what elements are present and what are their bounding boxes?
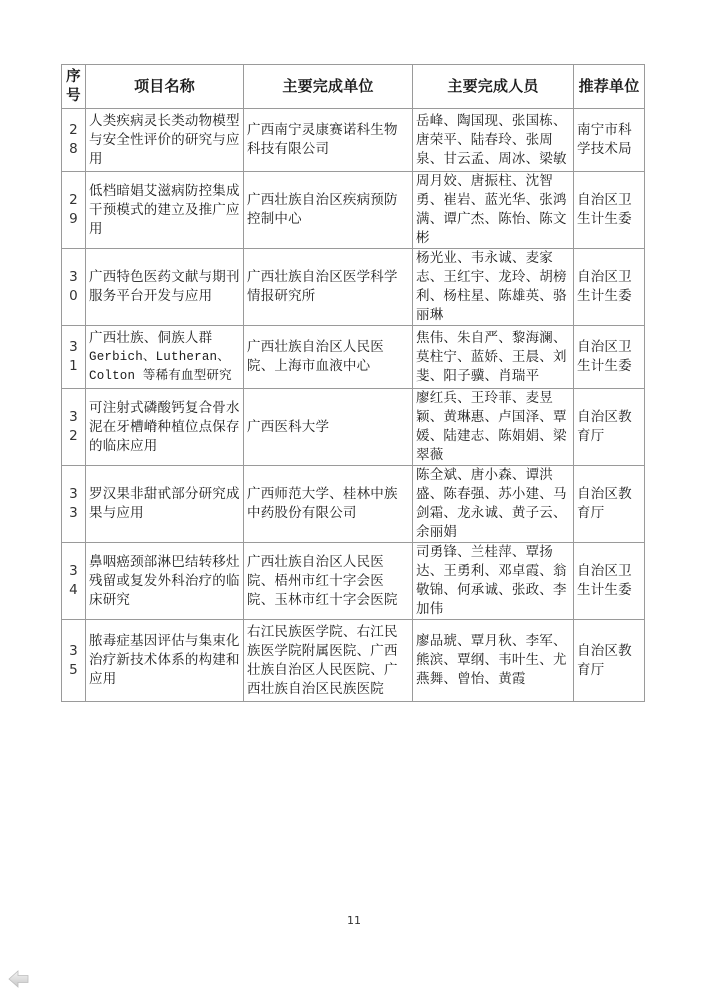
table-header-row: 序号 项目名称 主要完成单位 主要完成人员 推荐单位 bbox=[62, 65, 645, 109]
table-row: 34 鼻咽癌颈部淋巴结转移灶残留或复发外科治疗的临床研究 广西壮族自治区人民医院… bbox=[62, 543, 645, 620]
header-seq: 序号 bbox=[62, 65, 86, 109]
cell-seq: 35 bbox=[62, 620, 86, 702]
cell-people: 陈全斌、唐小森、谭洪盛、陈春强、苏小建、马剑霜、龙永诚、黄子云、余丽娟 bbox=[413, 466, 574, 543]
cell-recommender: 南宁市科学技术局 bbox=[574, 109, 645, 172]
cell-unit: 广西壮族自治区医学科学情报研究所 bbox=[244, 249, 413, 326]
table-row: 29 低档暗娼艾滋病防控集成干预模式的建立及推广应用 广西壮族自治区疾病预防控制… bbox=[62, 172, 645, 249]
project-line: Colton 等稀有血型研究 bbox=[89, 367, 240, 386]
header-people: 主要完成人员 bbox=[413, 65, 574, 109]
cell-unit: 广西医科大学 bbox=[244, 389, 413, 466]
awards-table: 序号 项目名称 主要完成单位 主要完成人员 推荐单位 28 人类疾病灵长类动物模… bbox=[61, 64, 645, 702]
cell-seq: 28 bbox=[62, 109, 86, 172]
cell-people: 杨光业、韦永诚、麦家志、王红宇、龙玲、胡榜利、杨柱星、陈雄英、骆丽琳 bbox=[413, 249, 574, 326]
table-row: 32 可注射式磷酸钙复合骨水泥在牙槽嵴种植位点保存的临床应用 广西医科大学 廖红… bbox=[62, 389, 645, 466]
cell-unit: 广西师范大学、桂林中族中药股份有限公司 bbox=[244, 466, 413, 543]
table-row: 30 广西特色医药文献与期刊服务平台开发与应用 广西壮族自治区医学科学情报研究所… bbox=[62, 249, 645, 326]
cell-recommender: 自治区卫生计生委 bbox=[574, 249, 645, 326]
cell-project: 罗汉果非甜甙部分研究成果与应用 bbox=[86, 466, 244, 543]
cell-seq: 33 bbox=[62, 466, 86, 543]
cell-project: 低档暗娼艾滋病防控集成干预模式的建立及推广应用 bbox=[86, 172, 244, 249]
cell-people: 焦伟、朱自严、黎海澜、莫柱宁、蓝娇、王晨、刘斐、阳子骥、肖瑞平 bbox=[413, 326, 574, 389]
cell-seq: 34 bbox=[62, 543, 86, 620]
table-row: 35 脓毒症基因评估与集束化治疗新技术体系的构建和应用 右江民族医学院、右江民族… bbox=[62, 620, 645, 702]
cell-recommender: 自治区教育厅 bbox=[574, 466, 645, 543]
cell-recommender: 自治区教育厅 bbox=[574, 620, 645, 702]
header-unit: 主要完成单位 bbox=[244, 65, 413, 109]
cell-people: 廖红兵、王玲菲、麦昱颖、黄琳惠、卢国泽、覃媛、陆建志、陈娟娟、梁翠薇 bbox=[413, 389, 574, 466]
cell-recommender: 自治区卫生计生委 bbox=[574, 172, 645, 249]
cell-people: 廖品琥、覃月秋、李军、熊滨、覃纲、韦叶生、尤燕舞、曾怡、黄霞 bbox=[413, 620, 574, 702]
cell-recommender: 自治区卫生计生委 bbox=[574, 326, 645, 389]
header-recommender: 推荐单位 bbox=[574, 65, 645, 109]
cell-project: 鼻咽癌颈部淋巴结转移灶残留或复发外科治疗的临床研究 bbox=[86, 543, 244, 620]
table-row: 31 广西壮族、侗族人群 Gerbich、Lutheran、 Colton 等稀… bbox=[62, 326, 645, 389]
cell-seq: 31 bbox=[62, 326, 86, 389]
back-arrow-button[interactable] bbox=[8, 970, 30, 988]
cell-people: 司勇锋、兰桂萍、覃扬达、王勇利、邓卓霞、翁敬锦、何承诚、张政、李加伟 bbox=[413, 543, 574, 620]
left-arrow-icon bbox=[8, 970, 30, 988]
cell-seq: 32 bbox=[62, 389, 86, 466]
cell-unit: 广西壮族自治区人民医院、上海市血液中心 bbox=[244, 326, 413, 389]
cell-project: 广西特色医药文献与期刊服务平台开发与应用 bbox=[86, 249, 244, 326]
cell-seq: 29 bbox=[62, 172, 86, 249]
project-line: Gerbich、Lutheran、 bbox=[89, 348, 240, 367]
cell-recommender: 自治区卫生计生委 bbox=[574, 543, 645, 620]
cell-people: 岳峰、陶国现、张国栋、唐荣平、陆春玲、张周泉、甘云孟、周冰、梁敏 bbox=[413, 109, 574, 172]
cell-unit: 广西壮族自治区人民医院、梧州市红十字会医院、玉林市红十字会医院 bbox=[244, 543, 413, 620]
cell-unit: 右江民族医学院、右江民族医学院附属医院、广西壮族自治区人民医院、广西壮族自治区民… bbox=[244, 620, 413, 702]
table-row: 28 人类疾病灵长类动物模型与安全性评价的研究与应用 广西南宁灵康赛诺科生物科技… bbox=[62, 109, 645, 172]
cell-unit: 广西南宁灵康赛诺科生物科技有限公司 bbox=[244, 109, 413, 172]
cell-people: 周月姣、唐振柱、沈智勇、崔岩、蓝光华、张鸿满、谭广杰、陈怡、陈文彬 bbox=[413, 172, 574, 249]
cell-project: 广西壮族、侗族人群 Gerbich、Lutheran、 Colton 等稀有血型… bbox=[86, 326, 244, 389]
cell-project: 人类疾病灵长类动物模型与安全性评价的研究与应用 bbox=[86, 109, 244, 172]
page-number: 11 bbox=[0, 914, 708, 927]
table-row: 33 罗汉果非甜甙部分研究成果与应用 广西师范大学、桂林中族中药股份有限公司 陈… bbox=[62, 466, 645, 543]
project-line: 广西壮族、侗族人群 bbox=[89, 329, 240, 348]
cell-seq: 30 bbox=[62, 249, 86, 326]
cell-project: 可注射式磷酸钙复合骨水泥在牙槽嵴种植位点保存的临床应用 bbox=[86, 389, 244, 466]
cell-recommender: 自治区教育厅 bbox=[574, 389, 645, 466]
cell-unit: 广西壮族自治区疾病预防控制中心 bbox=[244, 172, 413, 249]
cell-project: 脓毒症基因评估与集束化治疗新技术体系的构建和应用 bbox=[86, 620, 244, 702]
header-project: 项目名称 bbox=[86, 65, 244, 109]
document-page: 序号 项目名称 主要完成单位 主要完成人员 推荐单位 28 人类疾病灵长类动物模… bbox=[0, 0, 708, 997]
